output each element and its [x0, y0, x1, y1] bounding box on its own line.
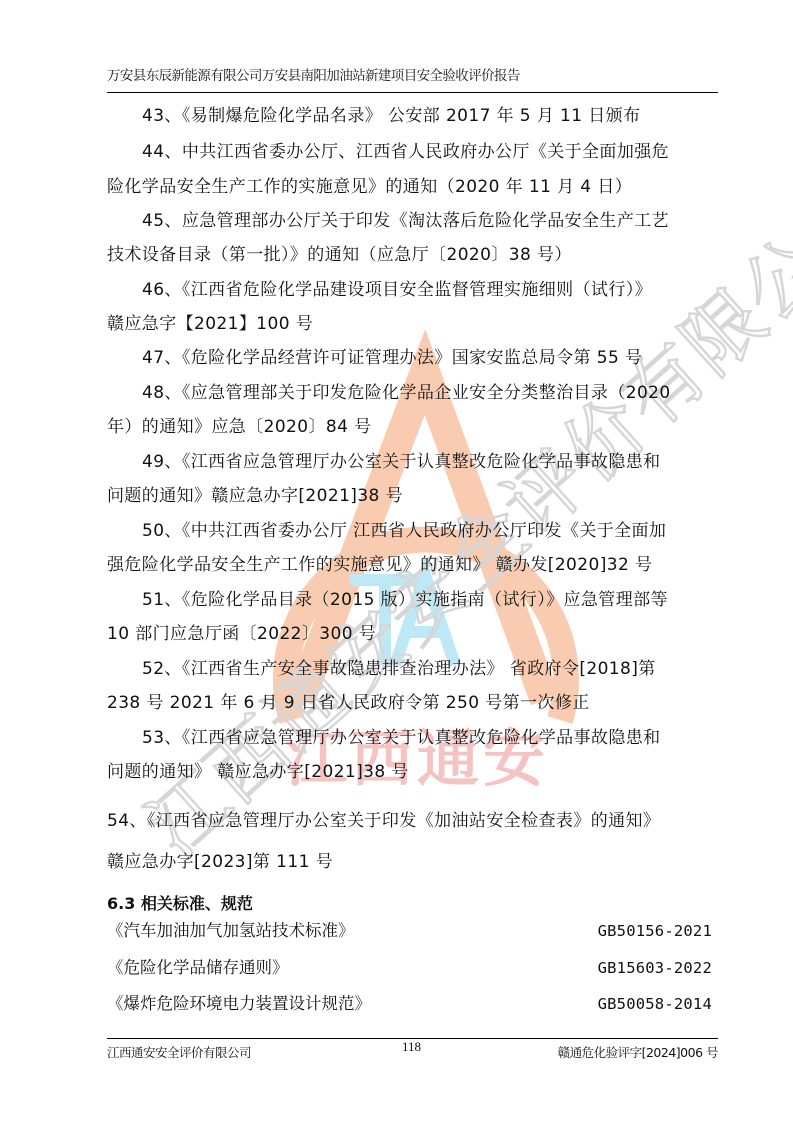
section-title: 6.3 相关标准、规范 — [107, 893, 253, 915]
page-header: 万安县东辰新能源有限公司万安县南阳加油站新建项目安全验收评价报告 — [107, 66, 718, 93]
reference-50-cont: 强危险化学品安全生产工作的实施意见》的通知》 赣办发[2020]32 号 — [107, 553, 652, 577]
standard-code: GB50156-2021 — [598, 920, 712, 942]
reference-54: 54、《江西省应急管理厅办公室关于印发《加油站安全检查表》的通知》 — [107, 809, 660, 833]
page-footer: 江西通安安全评价有限公司 118 赣通危化验评字[2024]006 号 — [107, 1038, 718, 1065]
reference-46-cont: 赣应急字【2021】100 号 — [107, 312, 313, 336]
reference-50: 50、《中共江西省委办公厅 江西省人民政府办公厅印发《关于全面加 — [142, 519, 666, 543]
reference-51: 51、《危险化学品目录（2015 版）实施指南（试行）》应急管理部等 — [142, 588, 668, 612]
footer-report-number: 赣通危化验评字[2024]006 号 — [558, 1043, 718, 1061]
reference-48-cont: 年）的通知》应急〔2020〕84 号 — [107, 415, 372, 439]
standard-code: GB15603-2022 — [598, 957, 712, 979]
page-number: 118 — [402, 1039, 421, 1055]
reference-49: 49、《江西省应急管理厅办公室关于认真整改危险化学品事故隐患和 — [142, 450, 661, 474]
reference-44: 44、中共江西省委办公厅、江西省人民政府办公厅《关于全面加强危 — [142, 140, 669, 164]
reference-52: 52、《江西省生产安全事故隐患排查治理办法》 省政府令[2018]第 — [142, 657, 656, 681]
reference-52-cont: 238 号 2021 年 6 月 9 日省人民政府令第 250 号第一次修正 — [107, 691, 590, 715]
reference-44-cont: 险化学品安全生产工作的实施意见》的通知（2020 年 11 月 4 日） — [107, 175, 632, 199]
standard-name: 《汽车加油加气加氢站技术标准》 — [107, 920, 355, 942]
reference-48: 48、《应急管理部关于印发危险化学品企业安全分类整治目录（2020 — [142, 381, 671, 405]
reference-47: 47、《危险化学品经营许可证管理办法》国家安监总局令第 55 号 — [142, 346, 642, 370]
reference-45-cont: 技术设备目录（第一批）》的通知（应急厅〔2020〕38 号） — [107, 243, 572, 267]
reference-46: 46、《江西省危险化学品建设项目安全监督管理实施细则（试行）》 — [142, 278, 652, 302]
reference-43: 43、《易制爆危险化学品名录》 公安部 2017 年 5 月 11 日颁布 — [142, 104, 640, 128]
standard-code: GB50058-2014 — [598, 993, 712, 1015]
report-title: 万安县东辰新能源有限公司万安县南阳加油站新建项目安全验收评价报告 — [107, 68, 520, 84]
reference-45: 45、应急管理部办公厅关于印发《淘汰落后危险化学品安全生产工艺 — [142, 209, 669, 233]
reference-53-cont: 问题的通知》 赣应急办字[2021]38 号 — [107, 760, 409, 784]
footer-company: 江西通安安全评价有限公司 — [107, 1043, 251, 1061]
standard-name: 《爆炸危险环境电力装置设计规范》 — [107, 993, 371, 1015]
reference-51-cont: 10 部门应急厅函〔2022〕300 号 — [107, 622, 376, 646]
reference-53: 53、《江西省应急管理厅办公室关于认真整改危险化学品事故隐患和 — [142, 726, 661, 750]
reference-54-cont: 赣应急办字[2023]第 111 号 — [107, 850, 333, 874]
reference-49-cont: 问题的通知》赣应急办字[2021]38 号 — [107, 484, 403, 508]
standard-name: 《危险化学品储存通则》 — [107, 957, 289, 979]
